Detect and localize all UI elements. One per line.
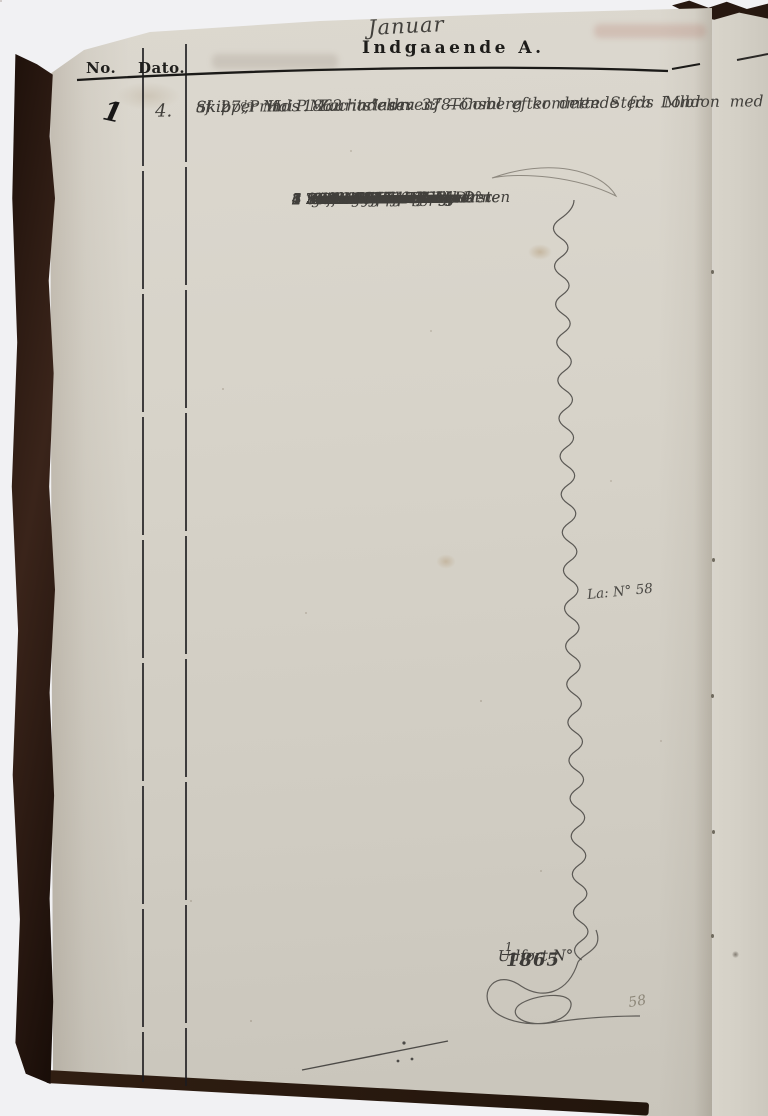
fraction-denominator: 1865 [506,949,560,971]
handwriting-layer: 1 4. Skipper H: P. Zachariasen af Tönsbe… [0,0,768,1116]
cargo-item: 1 gammel Kjætting [292,183,448,215]
pencil-folio-number: 58 [627,992,647,1011]
scanned-ledger-page: Januar Indgaaende A. No. Dato. 1 4. Skip… [0,0,768,1116]
entry-intro-text: Skipper H: P. Zachariasen af Tönsberg ko… [196,86,736,92]
entry-number: 1 [100,95,125,129]
margin-note: La: N° 58 [586,581,653,603]
entry-date: 4. [155,100,172,121]
export-number-fraction: 11865 [500,947,546,973]
intro-line: af 27ᵈᵉ Mai 1862 indehaver: — [196,88,462,124]
